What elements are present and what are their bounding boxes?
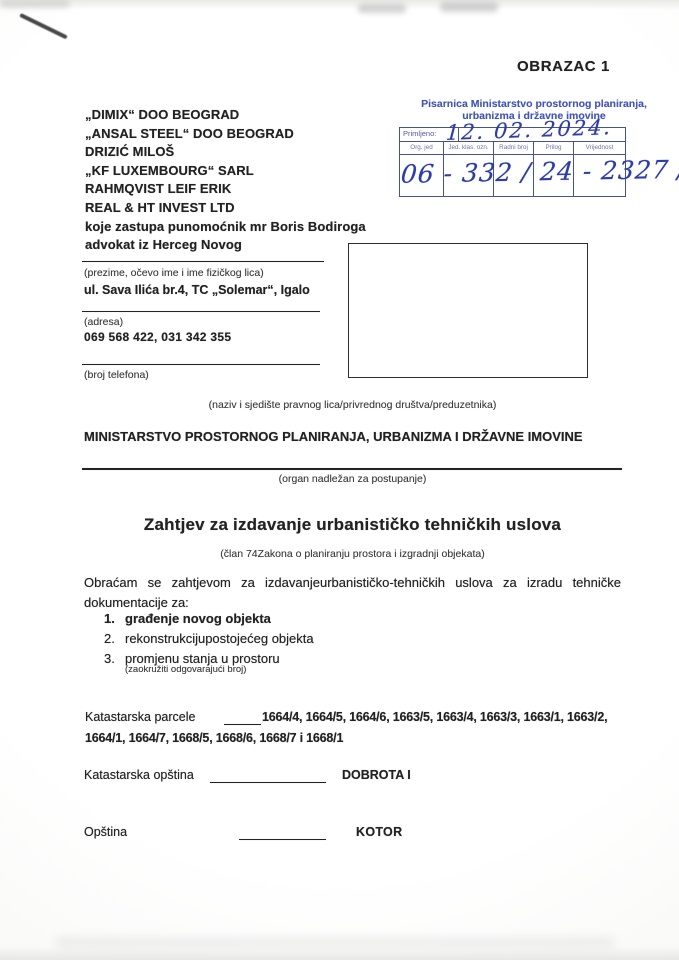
address-underline: [82, 311, 320, 312]
parcels-values-line1: 1664/4, 1664/5, 1664/6, 1663/5, 1663/4, …: [262, 710, 607, 724]
applicant-line: RAHMQVIST LEIF ERIK: [85, 180, 366, 199]
scan-smudge: [0, 0, 70, 8]
scanned-form-page: OBRAZAC 1 „DIMIX“ DOO BEOGRAD „ANSAL STE…: [0, 0, 679, 960]
legal-entity-box: [348, 243, 588, 378]
parcels-underline: [224, 724, 261, 725]
form-label: OBRAZAC 1: [517, 58, 610, 75]
phone-value: 069 568 422, 031 342 355: [84, 330, 231, 344]
option-label: građenje novog objekta: [125, 611, 271, 626]
name-caption: (prezime, očevo ime i ime fizičkog lica): [84, 267, 264, 279]
scan-smudge: [440, 2, 498, 12]
parcels-label: Katastarska parcele: [85, 710, 195, 724]
authority-value: MINISTARSTVO PROSTORNOG PLANIRANJA, URBA…: [84, 429, 583, 444]
address-caption: (adresa): [84, 316, 123, 328]
phone-underline: [82, 364, 320, 365]
municipality-value: KOTOR: [356, 825, 402, 839]
applicant-list: „DIMIX“ DOO BEOGRAD „ANSAL STEEL“ DOO BE…: [85, 106, 366, 255]
name-underline: [82, 261, 324, 262]
option-number: 2.: [104, 631, 115, 646]
applicant-line: „KF LUXEMBOURG“ SARL: [85, 162, 366, 181]
stamp-column-header: Org. jed: [400, 142, 444, 154]
stamp-office-name-line1: Pisarnica Ministarstvo prostornog planir…: [399, 99, 669, 111]
scan-smudge: [358, 4, 406, 13]
municipality-label: Opština: [84, 825, 127, 839]
municipality-underline: [239, 839, 326, 840]
stamp-column-header: Prilog: [534, 142, 574, 154]
stamp-column-header: Vrijednost: [574, 142, 625, 154]
option-label: rekonstrukcijupostojećeg objekta: [125, 631, 314, 646]
applicant-line: koje zastupa punomoćnik mr Boris Bodirog…: [85, 218, 366, 237]
authority-underline: [82, 468, 622, 470]
case-number-handwriting: 06 - 332 / 24 - 2327 / 1: [400, 154, 679, 188]
option-number: 3.: [104, 651, 115, 666]
applicant-line: REAL & HT INVEST LTD: [85, 199, 366, 218]
scan-shadow: [55, 938, 615, 948]
options-note: (zaokružiti odgovarajući broj): [125, 664, 246, 675]
cadastral-municipality-label: Katastarska opština: [84, 768, 194, 782]
authority-caption: (organ nadležan za postupanje): [84, 473, 621, 485]
stamp-header-row: Org. jed Jed. klas. ozn. Radni broj Pril…: [400, 142, 625, 155]
phone-caption: (broj telefona): [84, 369, 149, 381]
applicant-line: „ANSAL STEEL“ DOO BEOGRAD: [85, 125, 366, 144]
applicant-line: advokat iz Herceg Novog: [85, 236, 366, 255]
applicant-line: „DIMIX“ DOO BEOGRAD: [85, 106, 366, 125]
request-intro-line1: Obraćam se zahtjevom za izdavanjeurbanis…: [84, 573, 621, 593]
option-number: 1.: [104, 611, 115, 626]
pen-stroke-mark: [19, 13, 67, 39]
applicant-line: DRIZIĆ MILOŠ: [85, 143, 366, 162]
parcels-values-line2: 1664/1, 1664/7, 1668/5, 1668/6, 1668/7 i…: [85, 731, 343, 745]
request-subtitle: (član 74Zakona o planiranju prostora i i…: [84, 548, 621, 560]
request-intro: Obraćam se zahtjevom za izdavanjeurbanis…: [84, 573, 621, 613]
address-value: ul. Sava Ilića br.4, TC „Solemar“, Igalo: [84, 283, 310, 297]
entity-caption: (naziv i sjedište pravnog lica/privredno…: [84, 399, 621, 411]
request-intro-line2: dokumentacije za:: [84, 593, 621, 613]
cadastral-municipality-value: DOBROTA I: [342, 768, 411, 782]
request-title: Zahtjev za izdavanje urbanističko tehnič…: [84, 515, 621, 535]
stamp-column-header: Radni broj: [494, 142, 534, 154]
cadastral-municipality-underline: [210, 782, 326, 783]
